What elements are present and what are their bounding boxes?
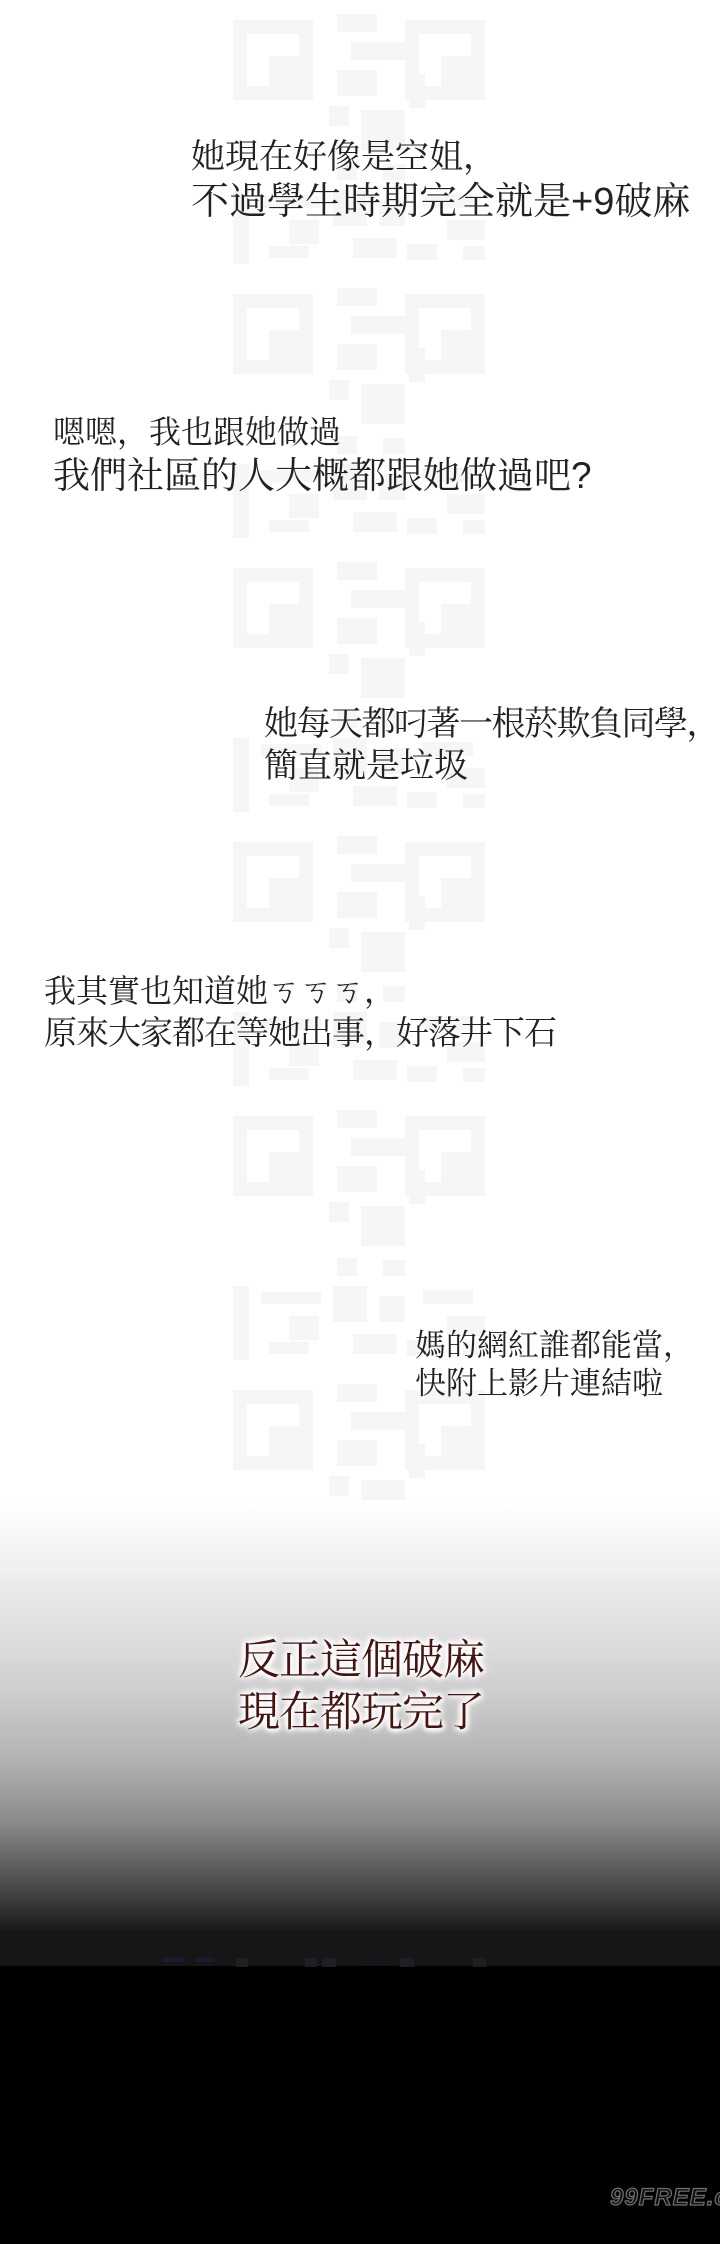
qr-watermark bbox=[233, 288, 485, 538]
qr-finder-center bbox=[441, 56, 477, 92]
qr-module bbox=[353, 512, 397, 532]
qr-module bbox=[409, 896, 425, 930]
qr-module bbox=[409, 622, 425, 656]
qr-module bbox=[409, 1444, 425, 1478]
qr-watermark bbox=[233, 1110, 485, 1360]
qr-module bbox=[407, 518, 437, 534]
qr-module bbox=[353, 1060, 397, 1080]
artifact-mark bbox=[360, 1958, 390, 1963]
qr-module bbox=[383, 438, 405, 454]
qr-module bbox=[463, 794, 485, 808]
site-watermark: 99FREE.cc bbox=[610, 2184, 720, 2212]
artifact-mark bbox=[473, 1958, 486, 1967]
qr-finder-square bbox=[233, 1390, 313, 1470]
qr-module bbox=[269, 794, 309, 806]
qr-module bbox=[289, 494, 319, 518]
qr-module bbox=[353, 786, 397, 806]
qr-finder-center bbox=[269, 330, 305, 366]
qr-module bbox=[337, 1110, 377, 1128]
qr-module bbox=[351, 42, 405, 60]
qr-module bbox=[329, 1202, 349, 1222]
qr-module bbox=[329, 654, 349, 674]
dialogue-line: 我其實也知道她ㄎㄎㄎ， bbox=[44, 973, 396, 1010]
qr-finder-center bbox=[441, 1426, 477, 1462]
qr-module bbox=[337, 288, 377, 306]
qr-module bbox=[233, 1286, 249, 1360]
qr-module bbox=[351, 864, 405, 882]
qr-module bbox=[351, 1412, 405, 1430]
qr-finder-square bbox=[233, 20, 313, 100]
qr-module bbox=[269, 520, 309, 532]
dialogue-line-emphasis: 現在都玩完了 bbox=[238, 1688, 484, 1736]
qr-module bbox=[337, 1166, 377, 1192]
qr-module bbox=[337, 562, 377, 580]
qr-finder-center bbox=[441, 330, 477, 366]
qr-module bbox=[407, 792, 437, 808]
qr-module bbox=[269, 1068, 309, 1080]
dialogue-line: 快附上影片連結啦 bbox=[415, 1366, 663, 1402]
qr-module bbox=[337, 1384, 377, 1402]
qr-module bbox=[353, 238, 397, 258]
dialogue-line: 她每天都叼著一根菸欺負同學， bbox=[264, 705, 719, 744]
qr-finder-center bbox=[441, 604, 477, 640]
qr-module bbox=[329, 1476, 349, 1496]
qr-module bbox=[361, 1206, 405, 1246]
qr-finder-center bbox=[269, 1426, 305, 1462]
qr-module bbox=[289, 1316, 319, 1340]
qr-finder-center bbox=[269, 1152, 305, 1188]
qr-module bbox=[261, 1292, 321, 1304]
qr-module bbox=[269, 246, 309, 258]
qr-module bbox=[329, 106, 349, 126]
dialogue-line: 媽的網紅誰都能當， bbox=[415, 1328, 694, 1364]
qr-module bbox=[409, 74, 425, 108]
qr-module bbox=[361, 932, 405, 972]
qr-finder-square bbox=[233, 294, 313, 374]
comic-page: 她現在好像是空姐， 不過學生時期完全就是+9破麻 嗯嗯，我也跟她做過 我們社區的… bbox=[0, 0, 720, 2244]
qr-finder-center bbox=[269, 56, 305, 92]
dialogue-line: 她現在好像是空姐， bbox=[191, 138, 497, 177]
qr-module bbox=[409, 1170, 425, 1204]
qr-module bbox=[337, 836, 377, 854]
qr-module bbox=[351, 590, 405, 608]
qr-finder-square bbox=[233, 1116, 313, 1196]
qr-module bbox=[407, 244, 437, 260]
artifact-mark bbox=[322, 1958, 336, 1967]
qr-module bbox=[423, 1290, 473, 1304]
artifact-mark bbox=[236, 1958, 248, 1967]
artifact-mark bbox=[305, 1958, 317, 1967]
qr-module bbox=[409, 348, 425, 382]
dialogue-line: 簡直就是垃圾 bbox=[264, 747, 468, 786]
qr-module bbox=[351, 316, 405, 334]
qr-module bbox=[337, 1440, 377, 1466]
qr-module bbox=[463, 246, 485, 260]
qr-module bbox=[337, 892, 377, 918]
qr-finder-center bbox=[441, 1152, 477, 1188]
qr-module bbox=[329, 380, 349, 400]
dialogue-line: 嗯嗯，我也跟她做過 bbox=[53, 414, 341, 451]
qr-module bbox=[463, 1068, 485, 1082]
qr-module bbox=[337, 618, 377, 644]
dialogue-line: 原來大家都在等她出事，好落井下石 bbox=[44, 1014, 556, 1052]
dialogue-line-emphasis: 反正這個破麻 bbox=[238, 1636, 484, 1684]
qr-module bbox=[269, 1342, 309, 1354]
qr-module bbox=[333, 1286, 367, 1322]
qr-module bbox=[329, 928, 349, 948]
artifact-mark bbox=[400, 1958, 414, 1967]
qr-module bbox=[337, 344, 377, 370]
qr-finder-center bbox=[269, 878, 305, 914]
qr-module bbox=[353, 1334, 397, 1354]
qr-module bbox=[361, 658, 405, 698]
artifact-mark bbox=[196, 1958, 214, 1962]
qr-module bbox=[407, 1066, 437, 1082]
artifact-mark bbox=[163, 1958, 185, 1962]
qr-module bbox=[361, 384, 405, 424]
qr-module bbox=[337, 14, 377, 32]
qr-module bbox=[463, 520, 485, 534]
qr-module bbox=[379, 1296, 405, 1322]
qr-module bbox=[337, 1258, 357, 1276]
qr-module bbox=[351, 1138, 405, 1156]
qr-finder-square bbox=[233, 842, 313, 922]
dialogue-line: 我們社區的人大概都跟她做過吧? bbox=[53, 455, 592, 498]
qr-module bbox=[383, 1260, 405, 1276]
qr-finder-center bbox=[269, 604, 305, 640]
qr-module bbox=[337, 70, 377, 96]
dialogue-line: 不過學生時期完全就是+9破麻 bbox=[191, 181, 690, 225]
qr-module bbox=[233, 738, 249, 812]
qr-finder-square bbox=[233, 568, 313, 648]
qr-finder-center bbox=[441, 878, 477, 914]
